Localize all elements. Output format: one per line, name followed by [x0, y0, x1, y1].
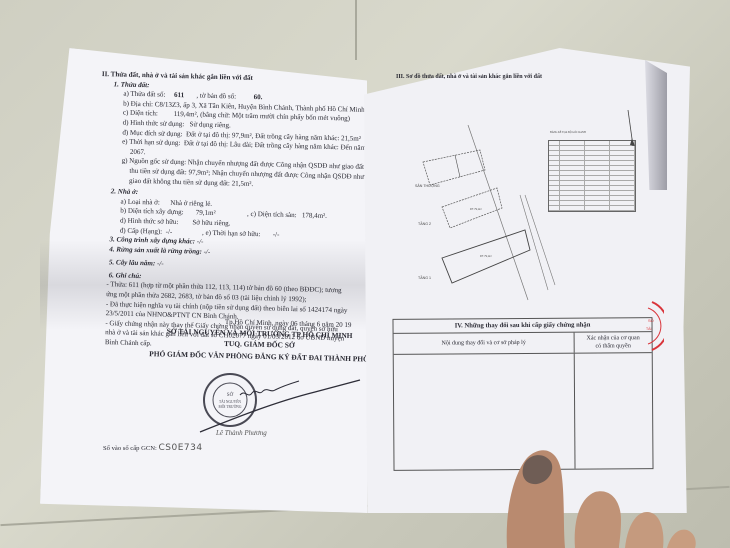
- svg-text:TẦNG 2: TẦNG 2: [418, 222, 431, 226]
- changes-table-header: Nội dung thay đổi và cơ sở pháp lý Xác n…: [394, 332, 652, 355]
- coord-row: [549, 206, 635, 211]
- coord-table-caption: BẢNG KÊ TỌA ĐỘ GÓC RANH: [550, 131, 586, 134]
- registry-row: Số vào sổ cấp GCN: CS0E734: [103, 444, 203, 454]
- signer-name: Lê Thành Phương: [216, 429, 267, 439]
- coordinate-table: [548, 140, 636, 212]
- svg-text:DT: 79,1m²: DT: 79,1m²: [470, 208, 482, 211]
- svg-text:SỐ: SỐ: [648, 318, 654, 323]
- svg-text:DT: 79,1m²: DT: 79,1m²: [480, 255, 492, 258]
- section-ii: II. Thửa đất, nhà ở và tài sản khác gắn …: [95, 70, 375, 355]
- col-content-header: Nội dung thay đổi và cơ sở pháp lý: [394, 333, 575, 354]
- floor-plan-diagram: SÂN THƯỢNG TẦNG 2 TẦNG 1 DT: 79,1m² DT: …: [380, 125, 560, 305]
- registry-value: CS0E734: [159, 443, 203, 453]
- svg-text:TÀI: TÀI: [646, 327, 651, 331]
- diagram-label: SÂN THƯỢNG: [415, 184, 440, 188]
- signing-section: Tp.Hồ Chí Minh, ngày 06 tháng 6 năm 20 1…: [144, 316, 375, 364]
- floor-tile-line: [355, 0, 357, 60]
- red-seal-stamp: SỐ TÀI: [622, 298, 664, 354]
- registry-label: Số vào sổ cấp GCN:: [103, 445, 157, 452]
- svg-text:TẦNG 1: TẦNG 1: [418, 276, 431, 280]
- foot-in-photo: [495, 440, 730, 548]
- section-iii-title: III. Sơ đồ thửa đất, nhà ở và tài sản kh…: [396, 73, 542, 83]
- north-arrow-icon: [625, 108, 637, 148]
